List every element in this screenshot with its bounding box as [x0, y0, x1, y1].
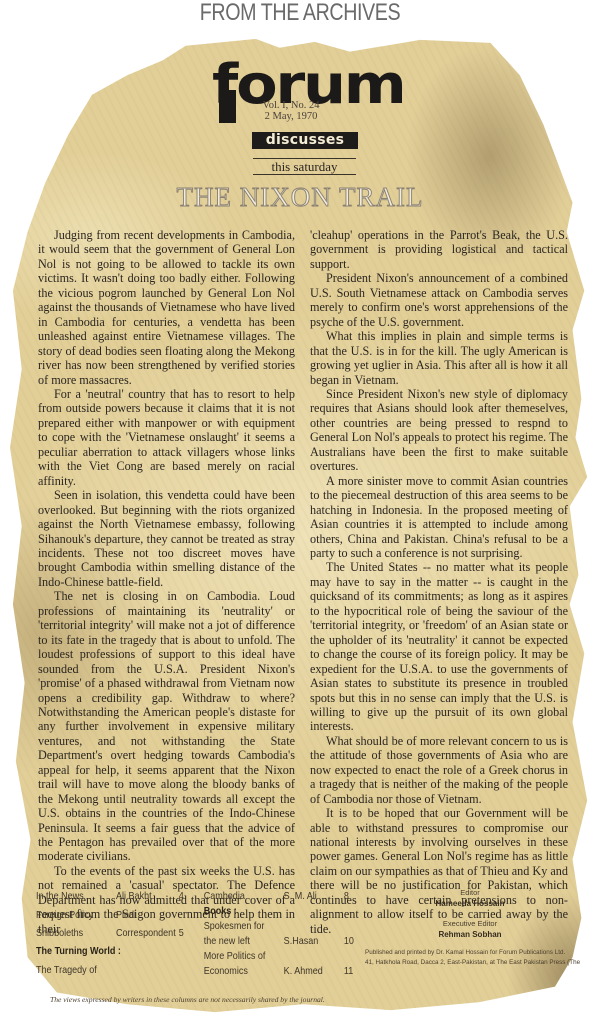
imprint-line: Published and printed by Dr. Kamal Hossa…: [365, 948, 595, 958]
paragraph: What should be of more relevant concern …: [310, 734, 568, 806]
paragraph: A more sinister move to commit Asian cou…: [310, 474, 568, 561]
issue-info: Vol. I, No. 24 2 May, 1970: [260, 100, 322, 122]
toc-title: Books :: [204, 904, 237, 918]
toc-page: 5: [179, 926, 184, 940]
discusses-banner: discusses: [252, 132, 358, 149]
toc-title: Spokesmen for: [204, 919, 265, 933]
volume-number: Vol. I, No. 24: [260, 100, 322, 111]
toc-title: In the News: [36, 889, 84, 903]
toc-author: S.Hasan: [284, 934, 319, 948]
toc-author: K. Ahmed: [284, 964, 323, 978]
article-column-right: 'cleahup' operations in the Parrot's Bea…: [310, 228, 568, 936]
paragraph: The net is closing in on Cambodia. Loud …: [38, 589, 295, 864]
masthead: forum Vol. I, No. 24 2 May, 1970 discuss…: [0, 0, 600, 220]
article-headline: THE NIXON TRAIL: [0, 182, 600, 212]
toc-title: Foreign Policy: [36, 908, 93, 922]
editor-role: Editor: [380, 888, 560, 898]
toc-author: Pindi: [116, 908, 136, 922]
paragraph: For a 'neutral' country that has to reso…: [38, 387, 295, 488]
imprint-line: 41, Hatkhola Road, Dacca 2, East-Pakista…: [365, 958, 595, 968]
executive-editor-role: Executive Editor: [380, 919, 560, 929]
toc-page: 4: [179, 889, 184, 903]
toc-title: The Turning World :: [36, 944, 121, 958]
paragraph: The United States -- no matter what its …: [310, 560, 568, 733]
toc-page: 11: [344, 964, 353, 978]
toc-page: 10: [344, 934, 354, 948]
issue-date: 2 May, 1970: [260, 111, 322, 122]
paragraph: Judging from recent developments in Camb…: [38, 228, 295, 387]
toc-title: The Tragedy of: [36, 963, 97, 977]
toc-author: S. M. Ali: [284, 889, 317, 903]
toc-author: Correspondent: [116, 926, 176, 940]
editor-name: Hameeda Hossain: [380, 898, 560, 909]
toc-title: the new left: [204, 934, 250, 948]
paragraph: Seen in isolation, this vendetta could h…: [38, 488, 295, 589]
publisher-imprint: Published and printed by Dr. Kamal Hossa…: [365, 948, 595, 968]
disclaimer: The views expressed by writers in these …: [50, 995, 325, 1004]
toc-title: More Politics of: [204, 949, 266, 963]
toc-page: 8: [344, 889, 349, 903]
staff-credits: Editor Hameeda Hossain Executive Editor …: [380, 888, 560, 940]
this-saturday-label: this saturday: [253, 158, 356, 175]
paragraph-continuation: 'cleahup' operations in the Parrot's Bea…: [310, 228, 568, 271]
toc-author: Ali Bakht: [116, 889, 152, 903]
executive-editor-name: Rehman Sobhan: [380, 929, 560, 940]
toc-title: Shibboleths: [36, 926, 83, 940]
paragraph: What this implies in plain and simple te…: [310, 329, 568, 387]
toc-title: Cambodia: [204, 889, 245, 903]
paragraph: President Nixon's announcement of a comb…: [310, 271, 568, 329]
paragraph: Since President Nixon's new style of dip…: [310, 387, 568, 474]
toc-title: Economics: [204, 964, 248, 978]
article-column-left: Judging from recent developments in Camb…: [38, 228, 295, 936]
